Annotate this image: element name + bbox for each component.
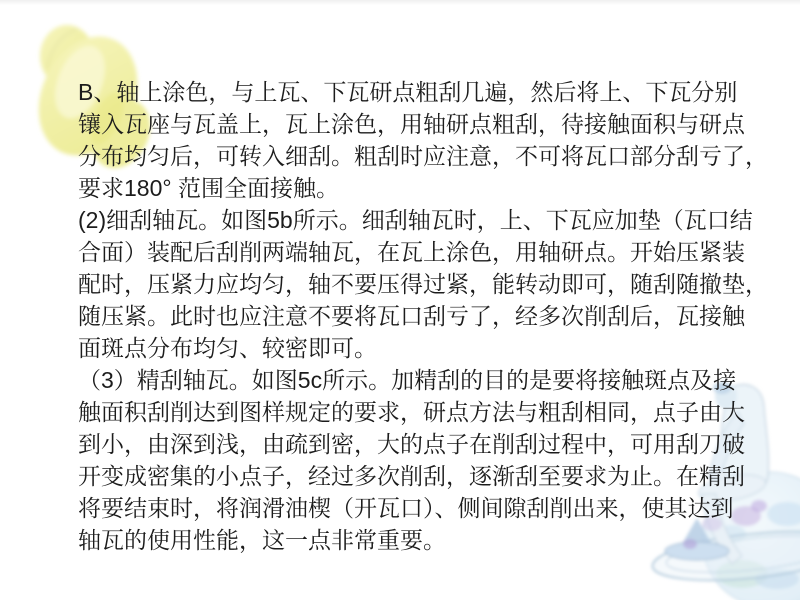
- text-line: 轴瓦的使用性能，这一点非常重要。: [78, 524, 758, 556]
- text-line: 触面积刮削达到图样规定的要求，研点方法与粗刮相同，点子由大: [78, 396, 758, 428]
- paragraph-rough-scraping: B、轴上涂色，与上瓦、下瓦研点粗刮几遍，然后将上、下瓦分别 镶入瓦座与瓦盖上，瓦…: [78, 76, 758, 204]
- text-line: B、轴上涂色，与上瓦、下瓦研点粗刮几遍，然后将上、下瓦分别: [78, 76, 758, 108]
- paragraph-fine-scraping: (2)细刮轴瓦。如图5b所示。细刮轴瓦时，上、下瓦应加垫（瓦口结 合面）装配后刮…: [78, 204, 758, 364]
- text-line: 分布均匀后，可转入细刮。粗刮时应注意，不可将瓦口部分刮亏了，: [78, 140, 758, 172]
- text-line: 面斑点分布均匀、较密即可。: [78, 332, 758, 364]
- text-line: 将要结束时，将润滑油楔（开瓦口）、侧间隙刮削出来，使其达到: [78, 492, 758, 524]
- text-line: 到小，由深到浅，由疏到密，大的点子在削刮过程中，可用刮刀破: [78, 428, 758, 460]
- text-line: 随压紧。此时也应注意不要将瓦口刮亏了，经多次削刮后，瓦接触: [78, 300, 758, 332]
- text-line: 配时，压紧力应均匀，轴不要压得过紧，能转动即可，随刮随撤垫，: [78, 268, 758, 300]
- top-edge-shadow: [0, 0, 800, 5]
- text-line: （3）精刮轴瓦。如图5c所示。加精刮的目的是要将接触斑点及接: [78, 364, 758, 396]
- presentation-slide: B、轴上涂色，与上瓦、下瓦研点粗刮几遍，然后将上、下瓦分别 镶入瓦座与瓦盖上，瓦…: [0, 0, 800, 600]
- text-line: (2)细刮轴瓦。如图5b所示。细刮轴瓦时，上、下瓦应加垫（瓦口结: [78, 204, 758, 236]
- text-line: 要求180° 范围全面接触。: [78, 172, 758, 204]
- slide-body-text: B、轴上涂色，与上瓦、下瓦研点粗刮几遍，然后将上、下瓦分别 镶入瓦座与瓦盖上，瓦…: [78, 76, 758, 556]
- paragraph-precision-scraping: （3）精刮轴瓦。如图5c所示。加精刮的目的是要将接触斑点及接 触面积刮削达到图样…: [78, 364, 758, 556]
- text-line: 开变成密集的小点子，经过多次削刮，逐渐刮至要求为止。在精刮: [78, 460, 758, 492]
- text-line: 镶入瓦座与瓦盖上，瓦上涂色，用轴研点粗刮，待接触面积与研点: [78, 108, 758, 140]
- text-line: 合面）装配后刮削两端轴瓦，在瓦上涂色，用轴研点。开始压紧装: [78, 236, 758, 268]
